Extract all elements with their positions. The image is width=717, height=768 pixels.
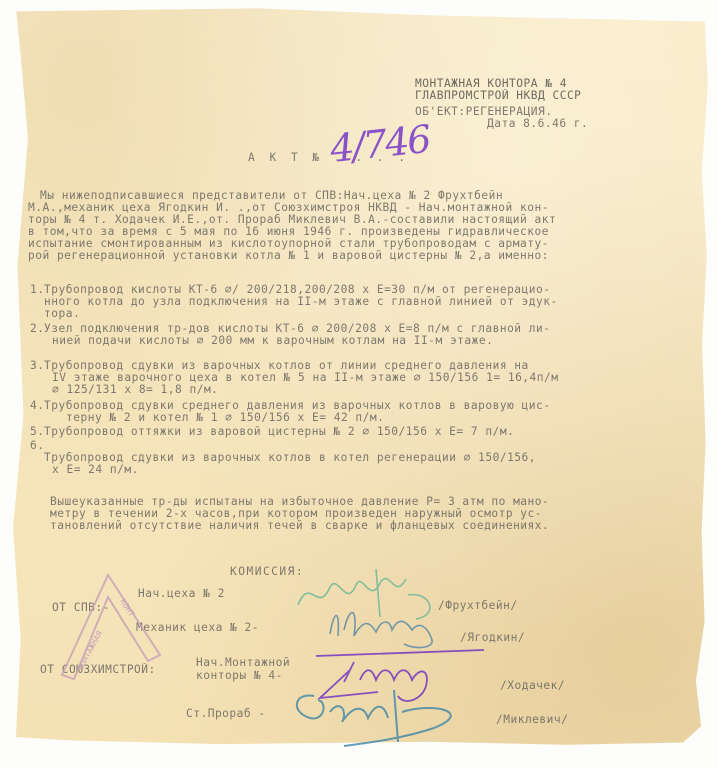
item-number: 1. — [30, 284, 44, 296]
member-name: /Ходачек/ — [500, 680, 565, 692]
item-number: 5. — [30, 426, 44, 438]
member-position: Нач.Монтажной конторы № 4- — [196, 656, 326, 682]
header-line-ministry: ГЛАВПРОМСТРОЙ НКВД СССР — [415, 90, 588, 102]
item-line: Трубопровод оттяжки из варовой цистерны … — [44, 426, 514, 438]
item-number: 3. — [30, 360, 44, 372]
item-line: нного котла до узла подключения на II-м … — [44, 296, 558, 308]
item-number: 2. — [30, 323, 44, 335]
item-line: терну № 2 и котел № 1 ∅ 150/156 х Е= 42 … — [66, 412, 384, 424]
item-number: 6. — [30, 440, 44, 452]
document-header: МОНТАЖНАЯ КОНТОРА № 4 ГЛАВПРОМСТРОЙ НКВД… — [415, 78, 588, 130]
signature-miklevich — [284, 682, 484, 752]
header-line-date: Дата 8.6.46 г. — [415, 118, 588, 130]
conclusion-line: тановлений отсутствие наличия течей в св… — [50, 520, 549, 532]
item-number: 4. — [30, 400, 44, 412]
intro-line: рой регенерационной установки котла № 1 … — [28, 250, 549, 262]
member-name: /Миклевич/ — [496, 714, 568, 726]
item-line: х Е= 24 п/м. — [52, 464, 139, 476]
member-position: Ст.Прораб - — [186, 708, 266, 720]
item-line: ∅ 125/131 х 8= 1,8 п/м. — [52, 384, 218, 396]
item-line: нией подачи кислоты ∅ 200 мм к варочным … — [52, 335, 493, 347]
item-line: тора. — [44, 308, 80, 320]
